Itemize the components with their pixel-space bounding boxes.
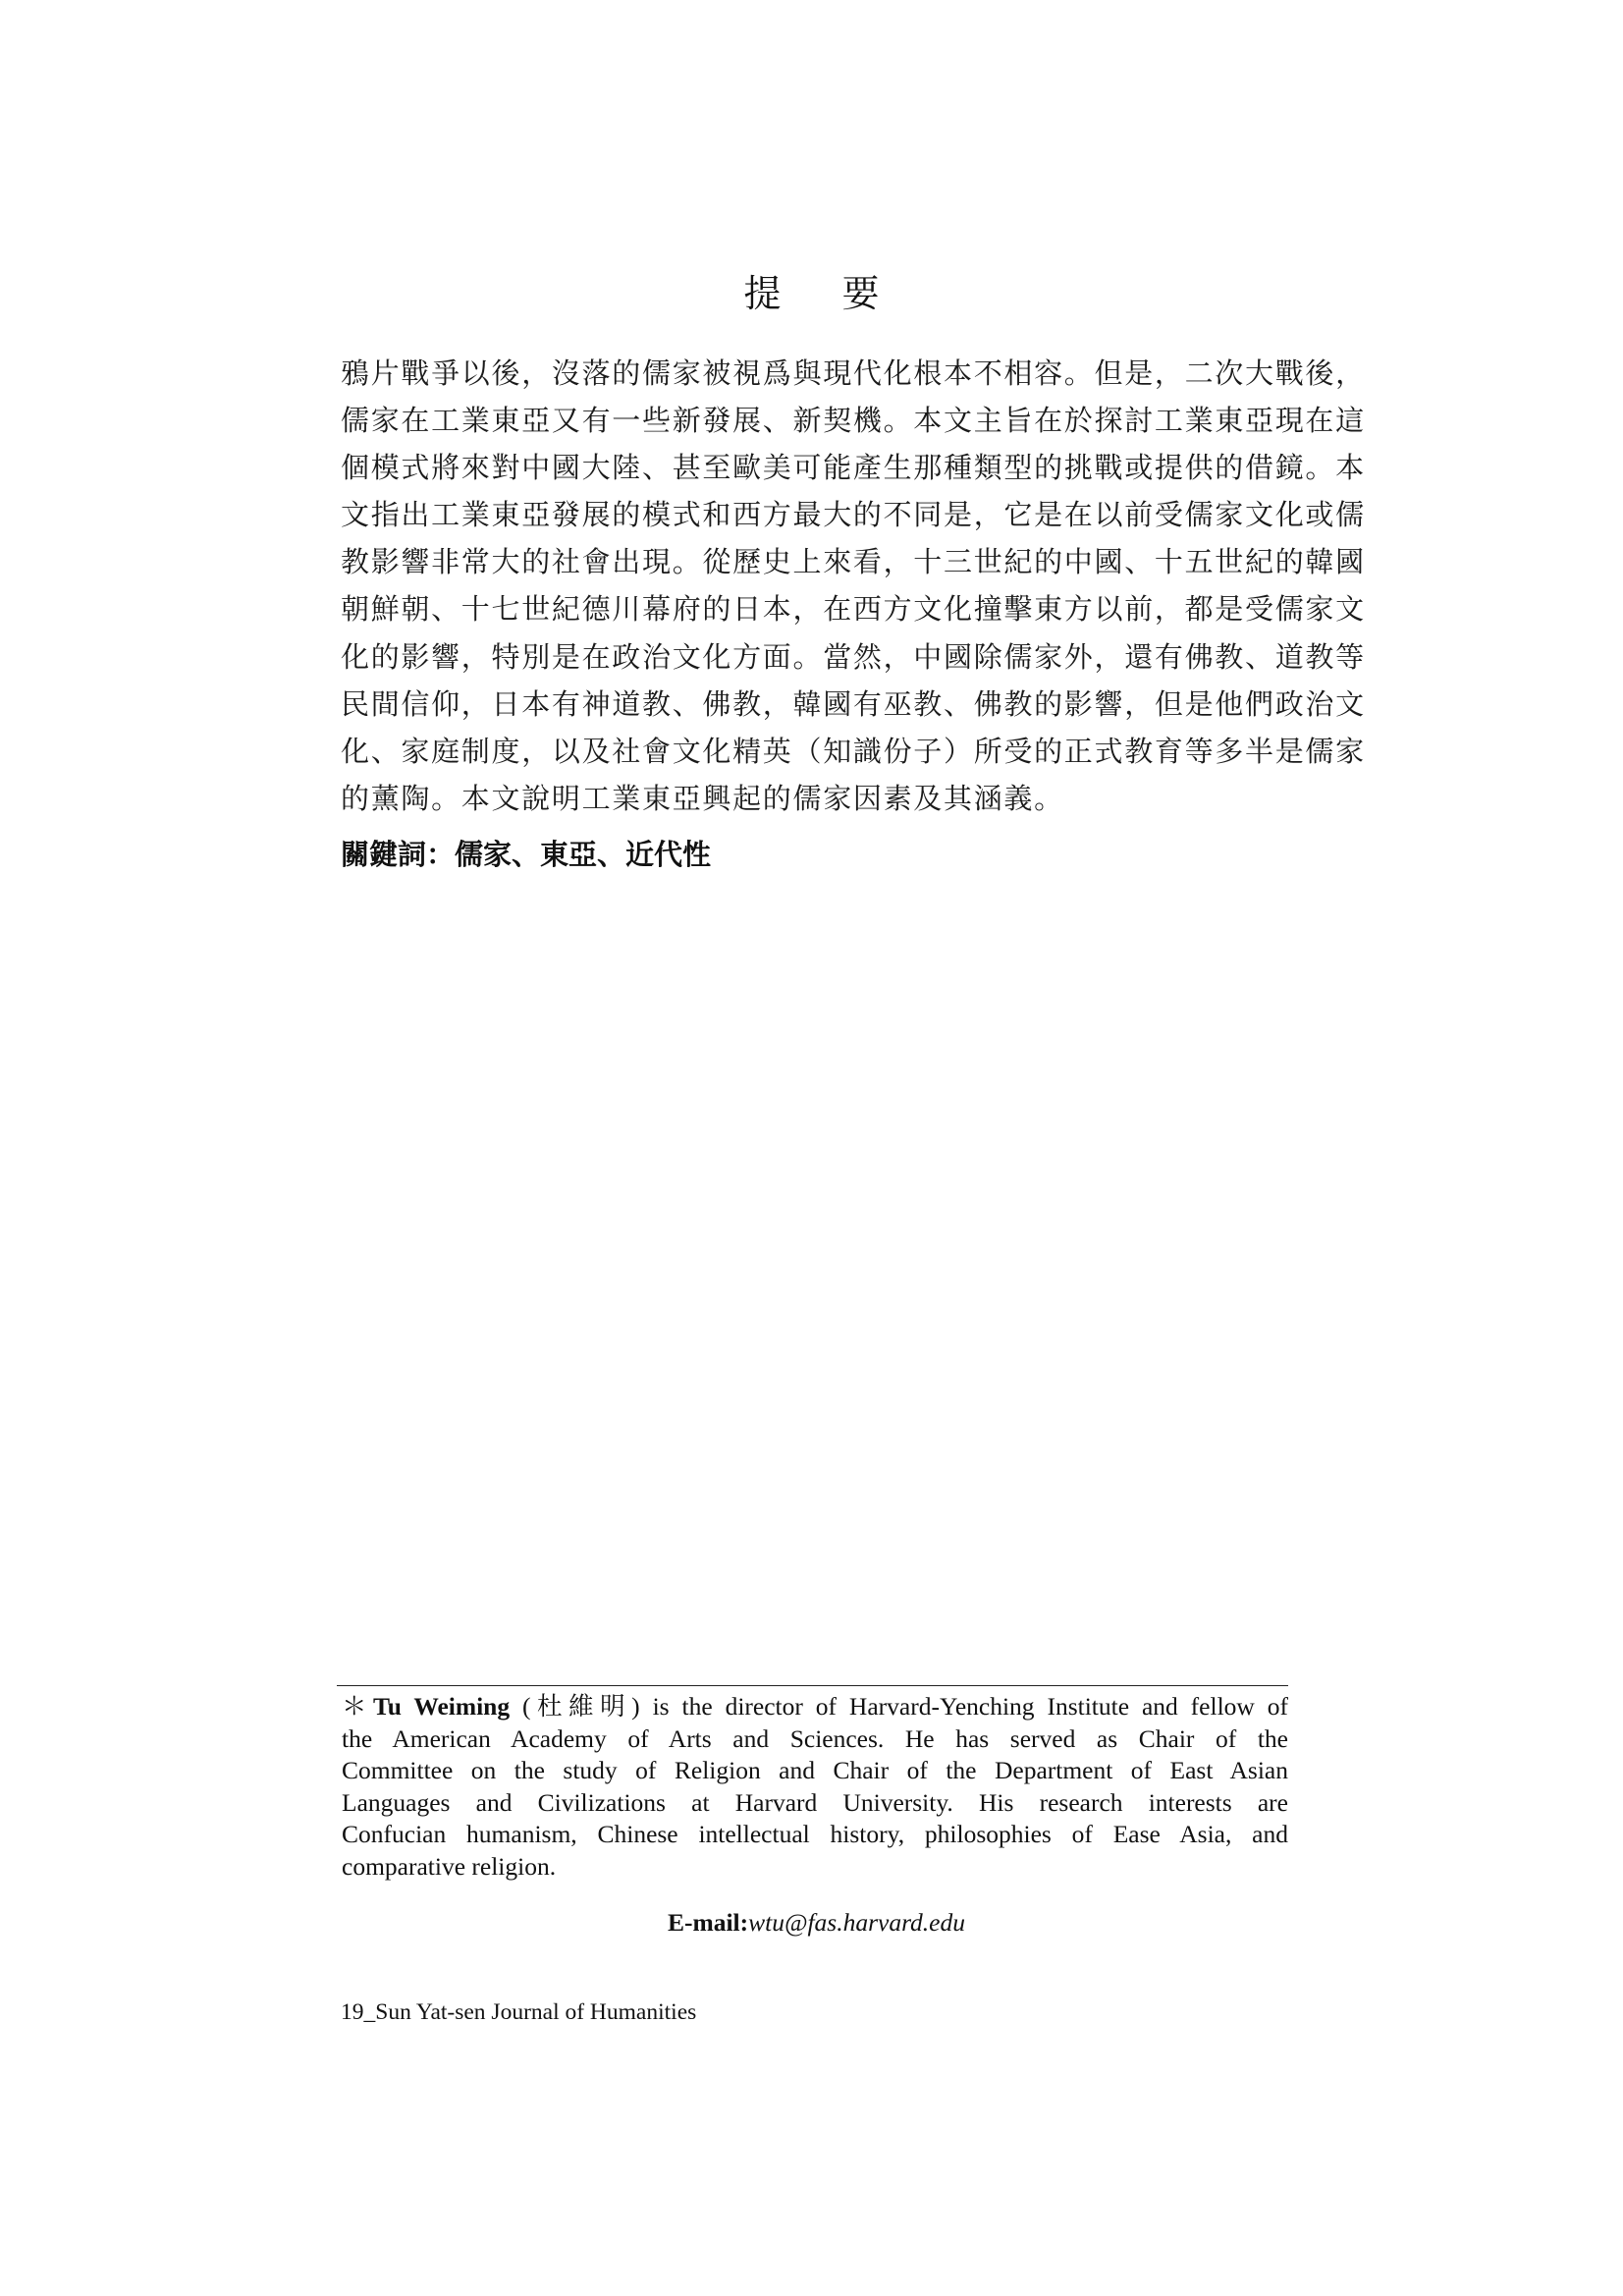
keywords: 關鍵詞：儒家、東亞、近代性	[341, 833, 711, 873]
abstract-title-char-2: 要	[842, 263, 880, 317]
footnote-line: ＊Tu Weiming (杜維明) is the director of Har…	[342, 1691, 1288, 1723]
abstract-line: 民間信仰，日本有神道教、佛教，韓國有巫教、佛教的影響，但是他們政治文	[341, 681, 1293, 728]
abstract-body: 鴉片戰爭以後，沒落的儒家被視爲與現代化根本不相容。但是，二次大戰後， 儒家在工業…	[341, 350, 1293, 822]
footnote-line: Confucian humanism, Chinese intellectual…	[342, 1819, 1288, 1851]
abstract-line: 化的影響，特別是在政治文化方面。當然，中國除儒家外，還有佛教、道教等	[341, 633, 1293, 681]
footnote-marker: ＊	[342, 1692, 373, 1721]
footnote-line: Committee on the study of Religion and C…	[342, 1755, 1288, 1787]
abstract-line: 教影響非常大的社會出現。從歷史上來看，十三世紀的中國、十五世紀的韓國	[341, 538, 1293, 585]
author-email: E-mail:wtu@fas.harvard.edu	[0, 1908, 1623, 1938]
page-footer: 19_Sun Yat-sen Journal of Humanities	[341, 1999, 696, 2026]
email-label: E-mail:	[668, 1908, 748, 1937]
footnote-line: the American Academy of Arts and Science…	[342, 1723, 1288, 1756]
email-address[interactable]: wtu@fas.harvard.edu	[748, 1908, 965, 1937]
abstract-line: 化、家庭制度，以及社會文化精英（知識份子）所受的正式教育等多半是儒家	[341, 728, 1293, 775]
journal-page: 提要 鴉片戰爭以後，沒落的儒家被視爲與現代化根本不相容。但是，二次大戰後， 儒家…	[0, 0, 1623, 2296]
abstract-title: 提要	[0, 263, 1623, 317]
abstract-line: 的薰陶。本文說明工業東亞興起的儒家因素及其涵義。	[341, 775, 1293, 822]
abstract-line: 文指出工業東亞發展的模式和西方最大的不同是，它是在以前受儒家文化或儒	[341, 491, 1293, 538]
abstract-line: 個模式將來對中國大陸、甚至歐美可能產生那種類型的挑戰或提供的借鏡。本	[341, 444, 1293, 491]
author-name: Tu Weiming	[373, 1692, 510, 1721]
footnote-line: Languages and Civilizations at Harvard U…	[342, 1787, 1288, 1820]
keywords-label: 關鍵詞：	[341, 838, 455, 871]
abstract-line: 朝鮮朝、十七世紀德川幕府的日本，在西方文化撞擊東方以前，都是受儒家文	[341, 585, 1293, 632]
footnote-line: comparative religion.	[342, 1851, 1288, 1884]
footnote-text: is the director of Harvard-Yenching Inst…	[640, 1692, 1288, 1721]
keywords-list: 儒家、東亞、近代性	[455, 838, 711, 871]
footnote-divider	[337, 1685, 1288, 1686]
abstract-line: 儒家在工業東亞又有一些新發展、新契機。本文主旨在於探討工業東亞現在這	[341, 397, 1293, 444]
abstract-line: 鴉片戰爭以後，沒落的儒家被視爲與現代化根本不相容。但是，二次大戰後，	[341, 350, 1293, 397]
author-footnote: ＊Tu Weiming (杜維明) is the director of Har…	[342, 1691, 1288, 1883]
author-chinese-name: (杜維明)	[510, 1692, 640, 1721]
abstract-title-char-1: 提	[743, 263, 781, 317]
